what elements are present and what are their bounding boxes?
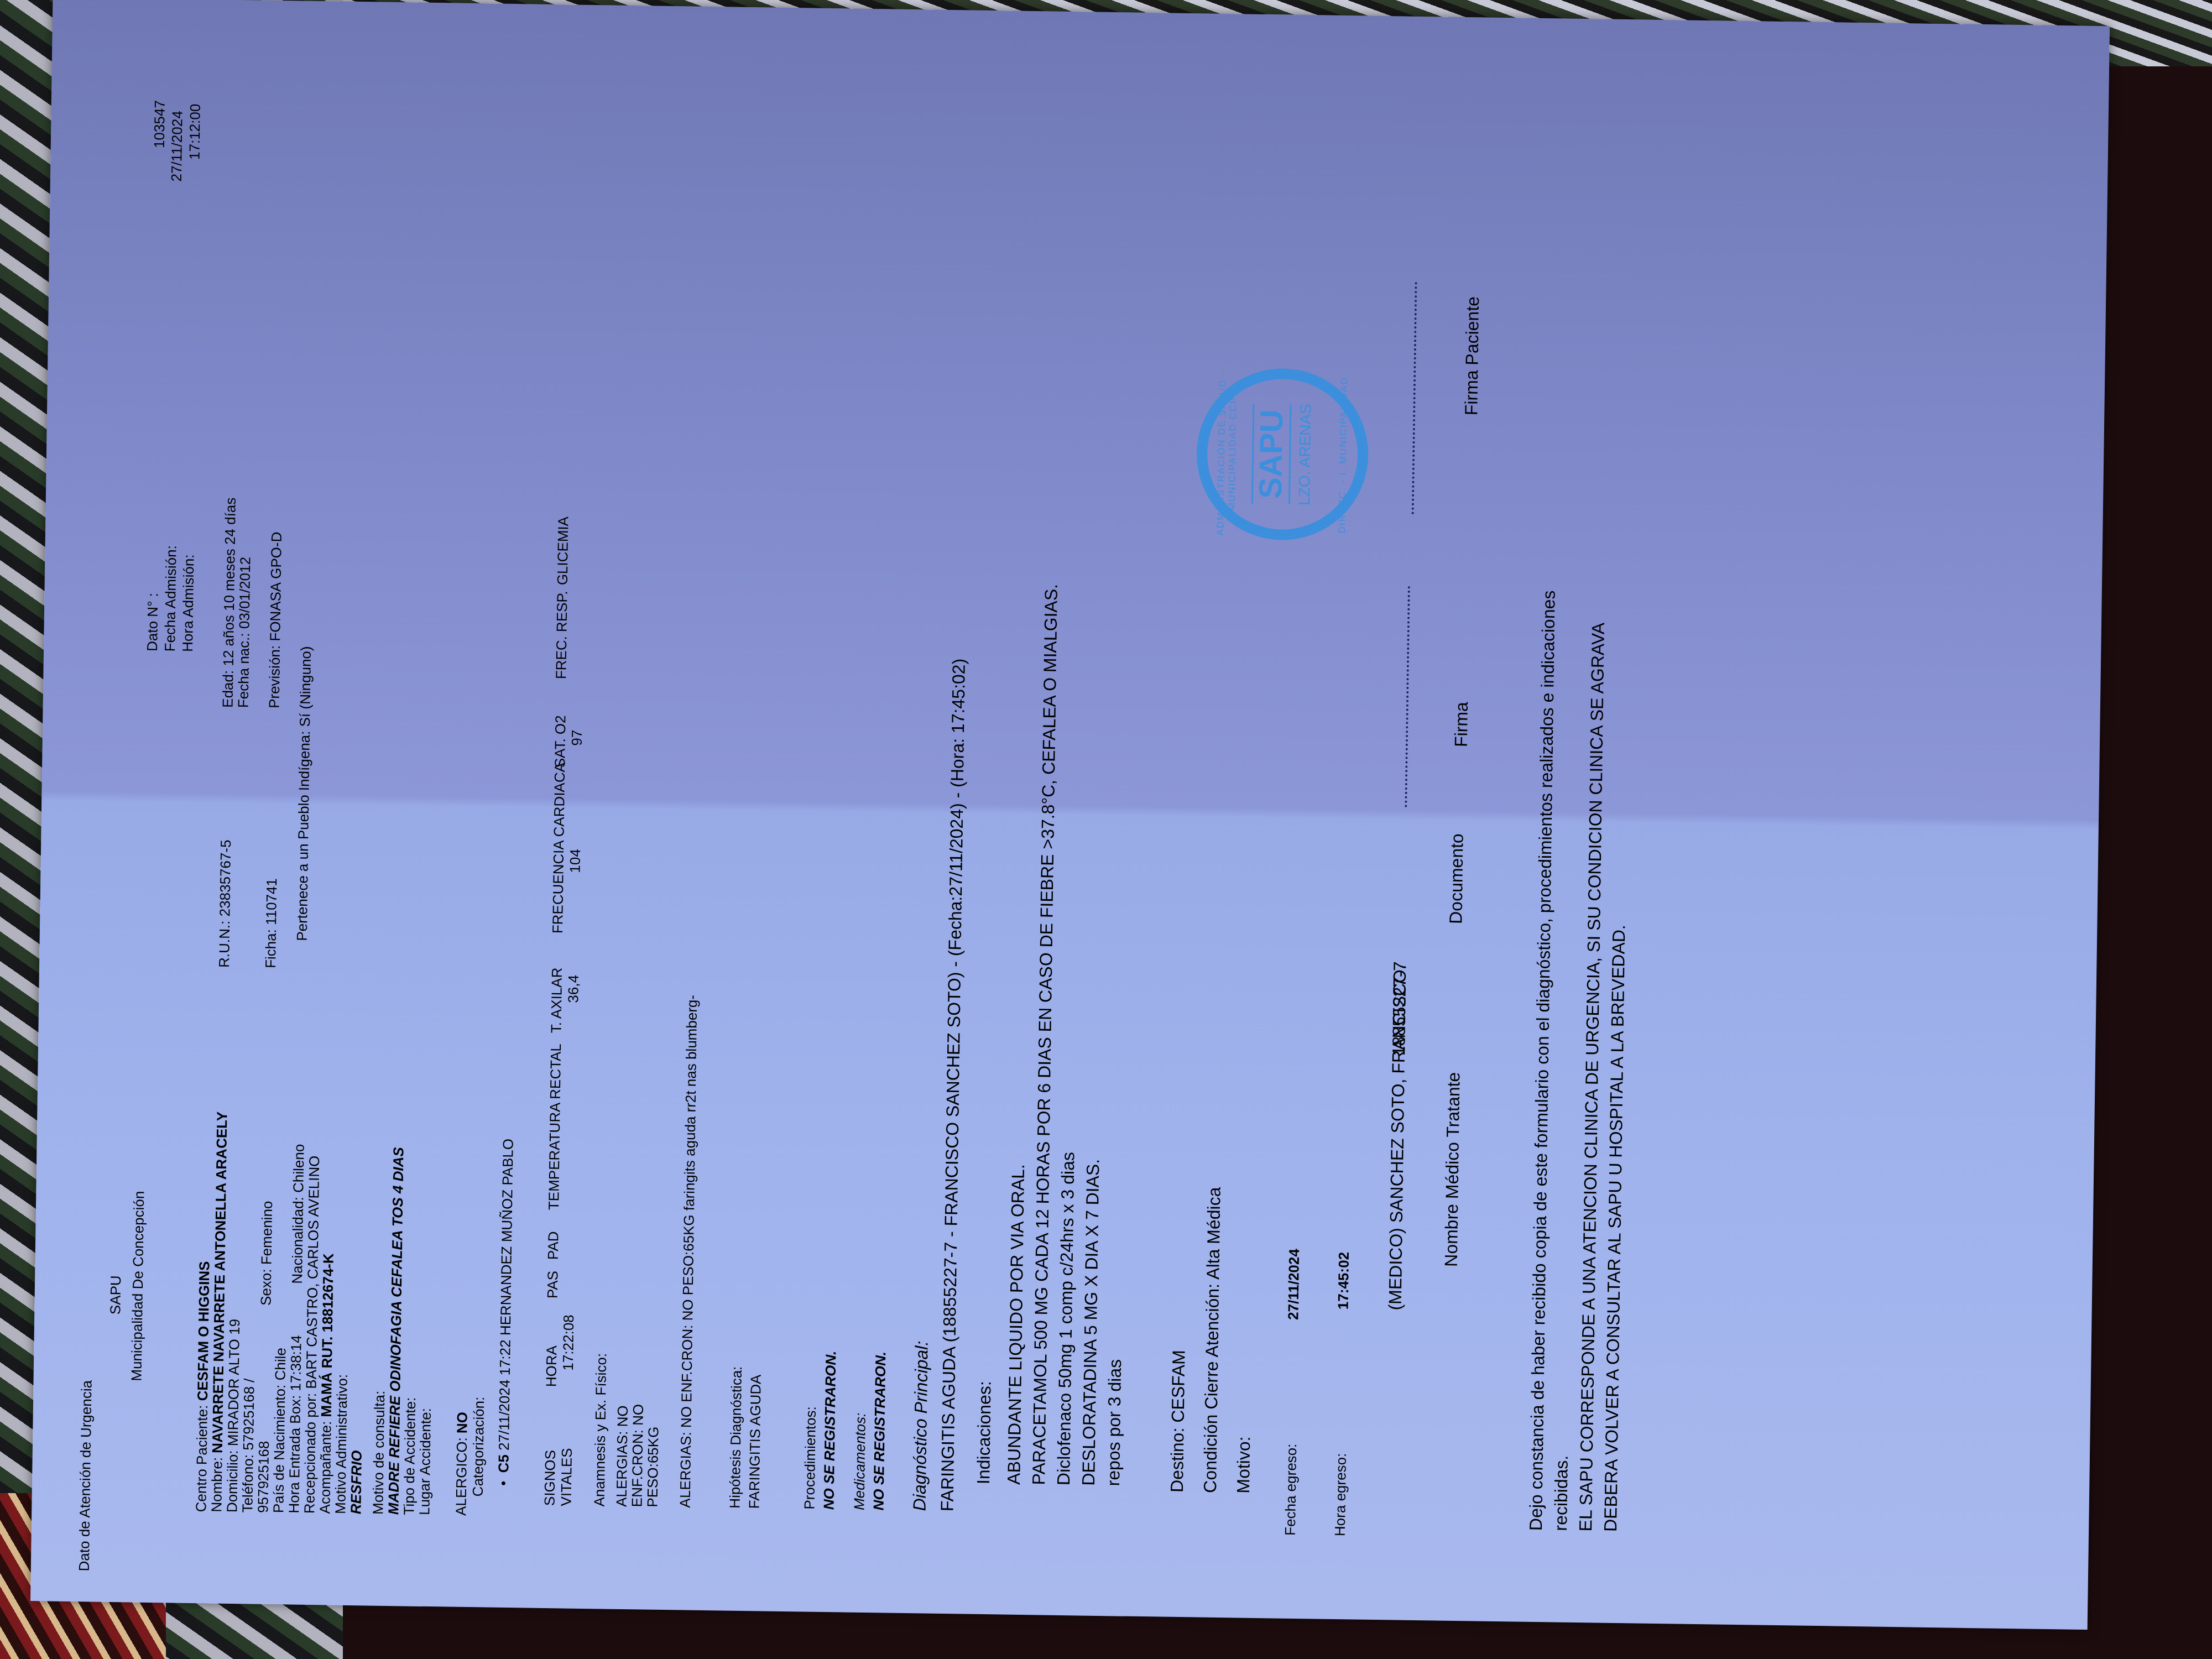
- sapu-stamp: ADMINISTRACIÓN DE SALUD · MUNICIPALIDAD …: [1196, 367, 1369, 541]
- vitals-header: PAS: [544, 1271, 562, 1299]
- firma-paciente-line: [1412, 282, 1417, 514]
- vitals-header: PAD: [544, 1231, 562, 1260]
- document-page: Dato de Atención de Urgencia SAPU Munici…: [30, 0, 2110, 1630]
- firma-paciente-label: Firma Paciente: [1460, 296, 1484, 416]
- fecha-egreso-value: 27/11/2024: [1284, 1249, 1303, 1320]
- vitals-header: SAT. O2: [551, 715, 569, 768]
- org-name: SAPU: [106, 1275, 124, 1314]
- hipotesis-value: FARINGITIS AGUDA: [745, 1374, 764, 1509]
- patient-indigenous: Pertenece a un Pueblo Indígena: Sí (Ning…: [293, 646, 315, 941]
- alergico: ALERGICO: NO: [452, 1412, 471, 1516]
- hora-admision-value: 17:12:00: [185, 103, 204, 160]
- dato-value: 103547: [150, 100, 169, 148]
- indicacion-4: DESLORATADINA 5 MG X DIA X 7 DIAS.: [1077, 1159, 1104, 1485]
- document-title: Dato de Atención de Urgencia: [75, 1380, 96, 1572]
- vitals-value: 104: [566, 849, 584, 873]
- procedimientos-label: Procedimientos:: [800, 1406, 820, 1510]
- dato-label: Dato N° :: [143, 593, 161, 651]
- hora-egreso-value: 17:45:02: [1334, 1252, 1353, 1310]
- bullet-icon: •: [495, 1477, 512, 1486]
- vitals-header: FRECUENCIA CARDIACA: [549, 763, 568, 934]
- vitals-header: GLICEMIA: [554, 517, 572, 586]
- categorizacion-label: Categorización:: [469, 1396, 488, 1496]
- vitals-value: 97: [568, 729, 586, 745]
- municipality-name: Municipalidad De Concepción: [128, 1191, 148, 1381]
- vitals-header: T. AXILAR: [547, 967, 566, 1033]
- indicaciones-label: Indicaciones:: [972, 1381, 996, 1484]
- indicacion-5: repos por 3 dias: [1102, 1359, 1126, 1486]
- lugar-accidente-label: Lugar Accidente:: [415, 1408, 435, 1515]
- vitals-header: HORA: [542, 1345, 560, 1387]
- firma-line: [1405, 586, 1410, 807]
- categoria-entry: • C5 27/11/2024 17:22 HERNANDEZ MUÑOZ PA…: [494, 1139, 517, 1486]
- anamnesis-summary: ALERGIAS: NO ENF.CRON: NO PESO:65KG fari…: [676, 995, 701, 1508]
- destino: Destino: CESFAM: [1166, 1350, 1190, 1493]
- patient-ficha: Ficha: 110741: [262, 878, 280, 968]
- condicion-cierre: Condición Cierre Atención: Alta Médica: [1199, 1187, 1225, 1493]
- document-content: Dato de Atención de Urgencia SAPU Munici…: [30, 0, 2110, 1630]
- patient-run: R.U.N.: 23835767-5: [215, 839, 234, 968]
- nombre-medico-label: Nombre Médico Tratante: [1440, 1072, 1465, 1267]
- indicacion-3: Diclofenaco 50mg 1 comp c/24hrs x 3 dias: [1052, 1152, 1079, 1485]
- fecha-egreso-label: Fecha egreso:: [1281, 1443, 1300, 1536]
- anamnesis-line-3: PESO:65KG: [643, 1427, 662, 1507]
- motivo-egreso-label: Motivo:: [1232, 1436, 1255, 1494]
- medicamentos-value: NO SE REGISTRARON.: [869, 1352, 889, 1511]
- warning-line-2: DEBERA VOLVER A CONSULTAR AL SAPU U HOSP…: [1599, 925, 1630, 1532]
- fecha-admision-label: Fecha Admisión:: [161, 545, 180, 652]
- procedimientos-value: NO SE REGISTRARON.: [820, 1350, 839, 1510]
- diagnostico-label: Diagnóstico Principal:: [908, 1340, 932, 1511]
- hora-egreso-label: Hora egreso:: [1331, 1453, 1350, 1537]
- vitals-label-1: SIGNOS: [540, 1450, 559, 1506]
- hipotesis-label: Hipótesis Diagnóstica:: [726, 1366, 745, 1509]
- vitals-header: FREC. RESP.: [552, 591, 571, 679]
- indicacion-1: ABUNDANTE LIQUIDO POR VIA ORAL.: [1003, 1164, 1029, 1485]
- vitals-header: TEMPERATURA RECTAL: [545, 1044, 565, 1210]
- constancia-text: Dejo constancia de haber recibido copia …: [1525, 590, 1560, 1531]
- medicamentos-label: Medicamentos:: [850, 1412, 869, 1510]
- hora-admision-label: Hora Admisión:: [179, 554, 197, 652]
- diagnostico-value: FARINGITIS AGUDA (18855227-7 - FRANCISCO…: [936, 659, 970, 1512]
- firma-label: Firma: [1450, 702, 1473, 747]
- fecha-admision-value: 27/11/2024: [168, 111, 186, 182]
- vitals-label-2: VITALES: [557, 1448, 575, 1506]
- vitals-value: 17:22:08: [559, 1314, 577, 1371]
- patient-birthdate: Fecha nac.: 03/01/2012: [234, 557, 254, 708]
- patient-sex: Sexo: Femenino: [257, 1201, 276, 1306]
- documento-label: Documento: [1444, 833, 1468, 924]
- constancia-text-2: recibidas.: [1550, 1455, 1573, 1531]
- motivo-admin-value: RESFRIO: [347, 1450, 366, 1514]
- patient-prevision: Previsión: FONASA GPO-D: [265, 531, 285, 708]
- anamnesis-label: Anamnesis y Ex. Físico:: [590, 1353, 610, 1507]
- vitals-value: 36,4: [564, 975, 582, 1003]
- medico-documento: 18855227-7: [1387, 961, 1411, 1056]
